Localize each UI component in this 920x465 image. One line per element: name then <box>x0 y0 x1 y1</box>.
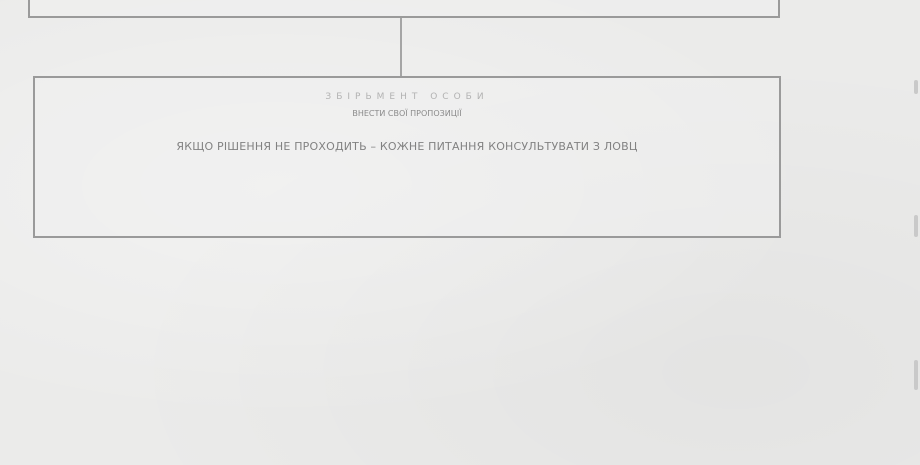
flow-connector-line <box>400 18 402 78</box>
top-flow-box <box>28 0 780 18</box>
main-flow-box: ЗБІРЬМЕНТ ОСОБИ ВНЕСТИ СВОЇ ПРОПОЗИЦІЇ Я… <box>33 76 781 238</box>
page-bleed-mark <box>914 80 918 94</box>
page-bleed-mark <box>914 215 918 237</box>
box-subline: ВНЕСТИ СВОЇ ПРОПОЗИЦІЇ <box>35 109 779 118</box>
box-heading: ЗБІРЬМЕНТ ОСОБИ <box>35 92 779 102</box>
page-bleed-mark <box>914 360 918 390</box>
box-body-text: ЯКЩО РІШЕННЯ НЕ ПРОХОДИТЬ – КОЖНЕ ПИТАНН… <box>65 136 749 158</box>
